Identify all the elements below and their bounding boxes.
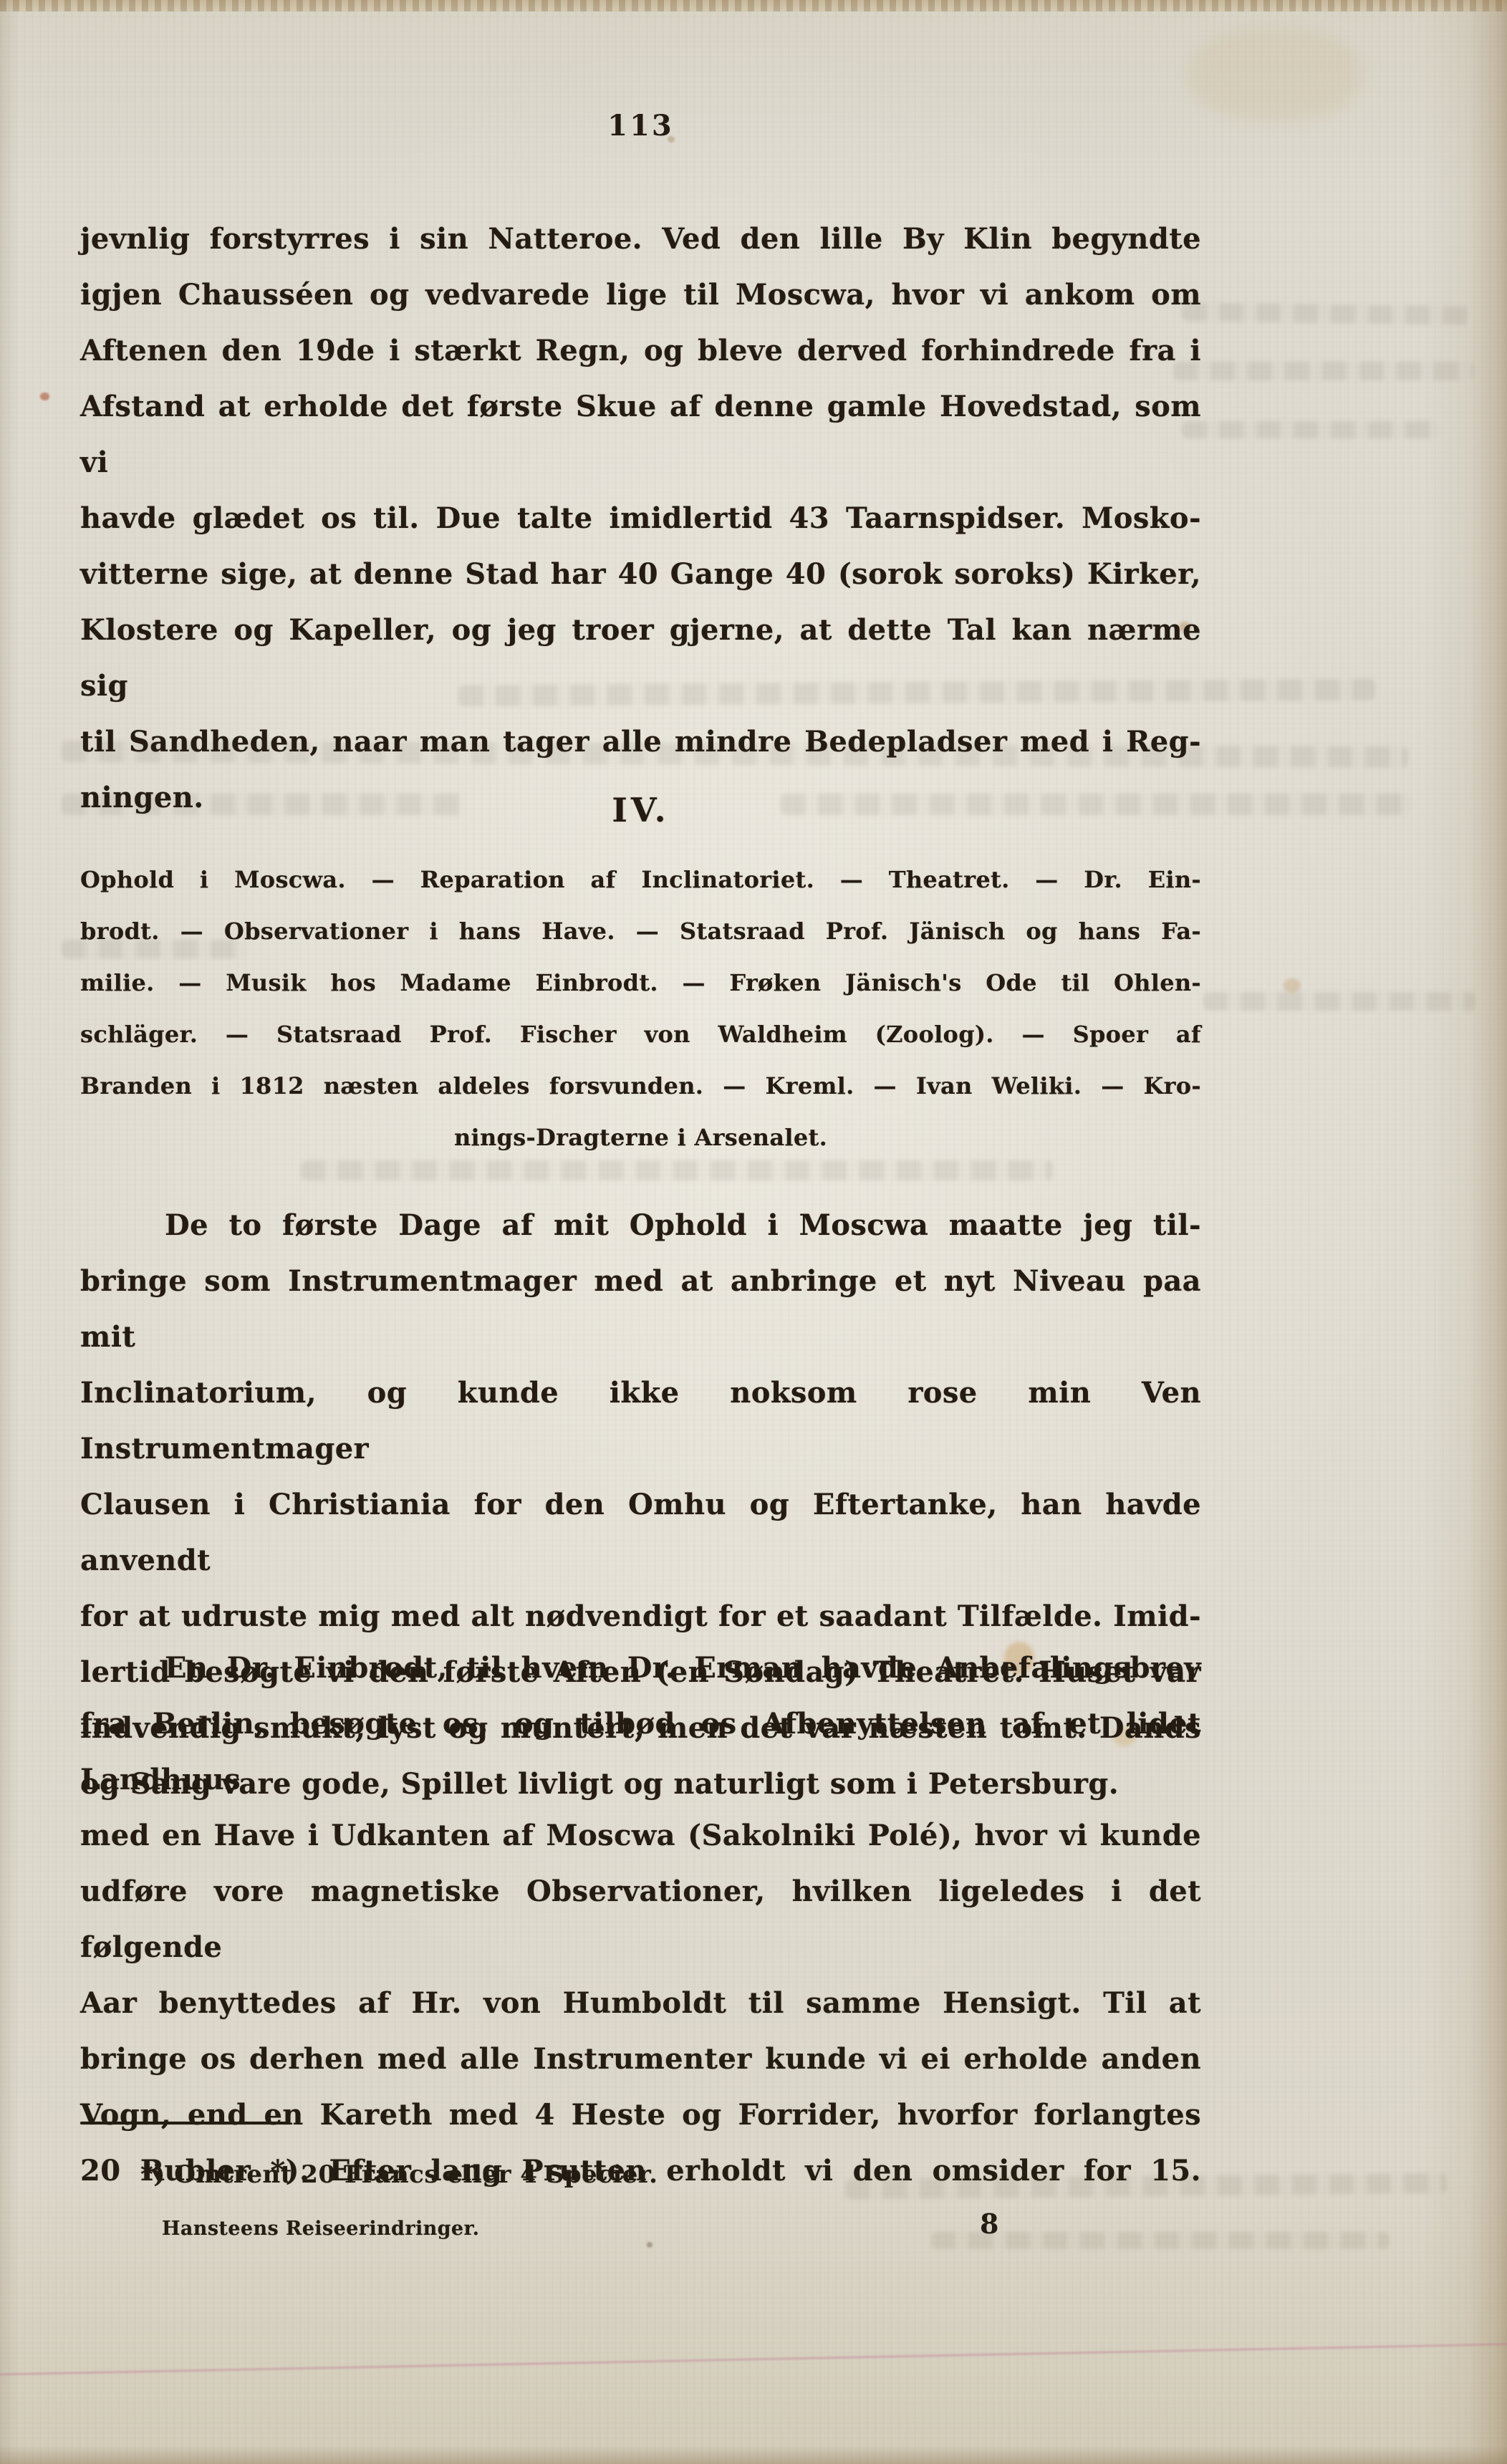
footnote-divider bbox=[80, 2122, 288, 2124]
signature-mark: 8 bbox=[980, 2208, 998, 2240]
text-line: Clausen i Christiania for den Omhu og Ef… bbox=[80, 1477, 1201, 1589]
bleed-through-ghost bbox=[301, 1160, 1053, 1180]
book-page-scan: 113 jevnlig forstyrres i sin Natteroe. V… bbox=[0, 0, 1507, 2464]
text-line: vitterne sige, at denne Stad har 40 Gang… bbox=[80, 547, 1201, 602]
footnote: *) Omtrent 20 Francs eller 4 Specier. bbox=[140, 2160, 658, 2189]
page-number: 113 bbox=[80, 109, 1201, 143]
text-line: Aftenen den 19de i stærkt Regn, og bleve… bbox=[80, 323, 1201, 379]
text-line: De to første Dage af mit Ophold i Moscwa… bbox=[80, 1198, 1201, 1253]
foxing-spot bbox=[1284, 978, 1301, 993]
page-left-edge bbox=[0, 0, 19, 2464]
summary-line: Branden i 1812 næsten aldeles forsvunden… bbox=[80, 1060, 1201, 1112]
foxing-spot bbox=[1189, 29, 1361, 122]
text-line: til Sandheden, naar man tager alle mindr… bbox=[80, 714, 1201, 770]
text-line: med en Have i Udkanten af Moscwa (Sakoln… bbox=[80, 1808, 1201, 1864]
crayon-mark-line bbox=[0, 2342, 1507, 2376]
paragraph-1: jevnlig forstyrres i sin Natteroe. Ved d… bbox=[80, 211, 1201, 826]
text-line: Inclinatorium, og kunde ikke noksom rose… bbox=[80, 1365, 1201, 1477]
text-line: bringe som Instrumentmager med at anbrin… bbox=[80, 1253, 1201, 1365]
page-right-edge bbox=[1421, 0, 1507, 2464]
text-line: Klostere og Kapeller, og jeg troer gjern… bbox=[80, 602, 1201, 714]
text-line: jevnlig forstyrres i sin Natteroe. Ved d… bbox=[80, 211, 1201, 267]
page-top-edge bbox=[0, 0, 1507, 11]
text-line: bringe os derhen med alle Instrumenter k… bbox=[80, 2031, 1201, 2087]
text-line: havde glædet os til. Due talte imidlerti… bbox=[80, 491, 1201, 547]
text-line: for at udruste mig med alt nødvendigt fo… bbox=[80, 1589, 1201, 1645]
summary-line: brodt. — Observationer i hans Have. — St… bbox=[80, 905, 1201, 957]
bleed-through-ghost bbox=[931, 2232, 1390, 2249]
chapter-heading: IV. bbox=[80, 791, 1201, 829]
summary-line: Ophold i Moscwa. — Reparation af Inclina… bbox=[80, 854, 1201, 905]
text-line: udføre vore magnetiske Observationer, hv… bbox=[80, 1864, 1201, 1975]
text-line: fra Berlin, besøgte os, og tilbød os Afb… bbox=[80, 1696, 1201, 1808]
text-line: igjen Chausséen og vedvarede lige til Mo… bbox=[80, 267, 1201, 323]
foxing-spot bbox=[647, 2242, 653, 2248]
summary-line: schläger. — Statsraad Prof. Fischer von … bbox=[80, 1009, 1201, 1060]
summary-line: nings-Dragterne i Arsenalet. bbox=[80, 1112, 1201, 1163]
bleed-through-ghost bbox=[1182, 421, 1440, 438]
text-line: Aar benyttedes af Hr. von Humboldt til s… bbox=[80, 1975, 1201, 2031]
summary-line: milie. — Musik hos Madame Einbrodt. — Fr… bbox=[80, 957, 1201, 1009]
text-line: Afstand at erholde det første Skue af de… bbox=[80, 379, 1201, 491]
text-line: Vogn, end en Kareth med 4 Heste og Forri… bbox=[80, 2087, 1201, 2143]
foxing-spot bbox=[40, 393, 49, 400]
chapter-summary: Ophold i Moscwa. — Reparation af Inclina… bbox=[80, 854, 1201, 1163]
page-bottom-edge bbox=[0, 2445, 1507, 2464]
running-footer-title: Hansteens Reiseerindringer. bbox=[162, 2218, 479, 2240]
paragraph-3: En Dr. Einbrodt, til hvem Dr. Erman havd… bbox=[80, 1640, 1201, 2199]
text-line: En Dr. Einbrodt, til hvem Dr. Erman havd… bbox=[80, 1640, 1201, 1696]
